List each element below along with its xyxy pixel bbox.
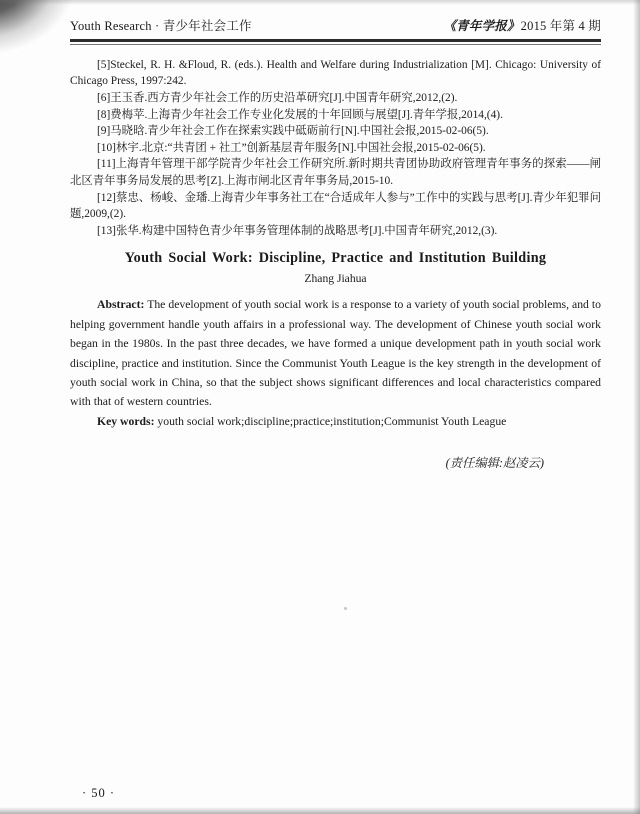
keywords-text: youth social work;discipline;practice;in… bbox=[157, 415, 506, 428]
header-right: 《青年学报》2015 年第 4 期 bbox=[443, 16, 601, 34]
abstract-label: Abstract: bbox=[97, 298, 144, 311]
reference-item: [9]马晓晗.青少年社会工作在探索实践中砥砺前行[N].中国社会报,2015-0… bbox=[70, 123, 601, 140]
page-header: Youth Research · 青少年社会工作 《青年学报》2015 年第 4… bbox=[70, 16, 601, 34]
keywords-label: Key words: bbox=[97, 415, 154, 428]
abstract-text: The development of youth social work is … bbox=[70, 298, 601, 408]
scan-edge-right bbox=[633, 0, 640, 814]
abstract-paragraph: Abstract: The development of youth socia… bbox=[70, 295, 601, 411]
keywords-line: Key words: youth social work;discipline;… bbox=[70, 412, 601, 431]
reference-item: [13]张华.构建中国特色青少年事务管理体制的战略思考[J].中国青年研究,20… bbox=[70, 223, 601, 240]
page-content: Youth Research · 青少年社会工作 《青年学报》2015 年第 4… bbox=[70, 16, 601, 471]
page-number: · 50 · bbox=[82, 786, 115, 801]
issue-info: 2015 年第 4 期 bbox=[521, 19, 601, 33]
reference-item: [12]蔡忠、杨峻、金璠.上海青少年事务社工在“合适成年人参与”工作中的实践与思… bbox=[70, 190, 601, 223]
article-title: Youth Social Work: Discipline, Practice … bbox=[70, 250, 601, 267]
reference-list: [5]Steckel, R. H. &Floud, R. (eds.). Hea… bbox=[70, 57, 601, 240]
editor-note: (责任编辑:赵凌云) bbox=[70, 453, 601, 471]
scan-edge-top bbox=[0, 0, 640, 5]
journal-page: Youth Research · 青少年社会工作 《青年学报》2015 年第 4… bbox=[0, 0, 640, 814]
reference-item: [10]林宇.北京:“共青团 + 社工”创新基层青年服务[N].中国社会报,20… bbox=[70, 140, 601, 157]
journal-name: 《青年学报》 bbox=[443, 19, 519, 33]
reference-item: [8]费梅苹.上海青少年社会工作专业化发展的十年回顾与展望[J].青年学报,20… bbox=[70, 107, 601, 124]
reference-item: [11]上海青年管理干部学院青少年社会工作研究所.新时期共青团协助政府管理青年事… bbox=[70, 156, 601, 189]
scan-edge-bottom bbox=[0, 807, 640, 814]
header-rule-thick bbox=[70, 39, 601, 42]
scan-speck bbox=[344, 607, 347, 610]
reference-item: [5]Steckel, R. H. &Floud, R. (eds.). Hea… bbox=[70, 57, 601, 90]
reference-item: [6]王玉香.西方青少年社会工作的历史沿革研究[J].中国青年研究,2012,(… bbox=[70, 90, 601, 107]
header-rule-thin bbox=[70, 44, 601, 45]
header-rule bbox=[70, 39, 601, 45]
article-author: Zhang Jiahua bbox=[70, 272, 601, 285]
header-running-title: Youth Research · 青少年社会工作 bbox=[70, 16, 252, 34]
